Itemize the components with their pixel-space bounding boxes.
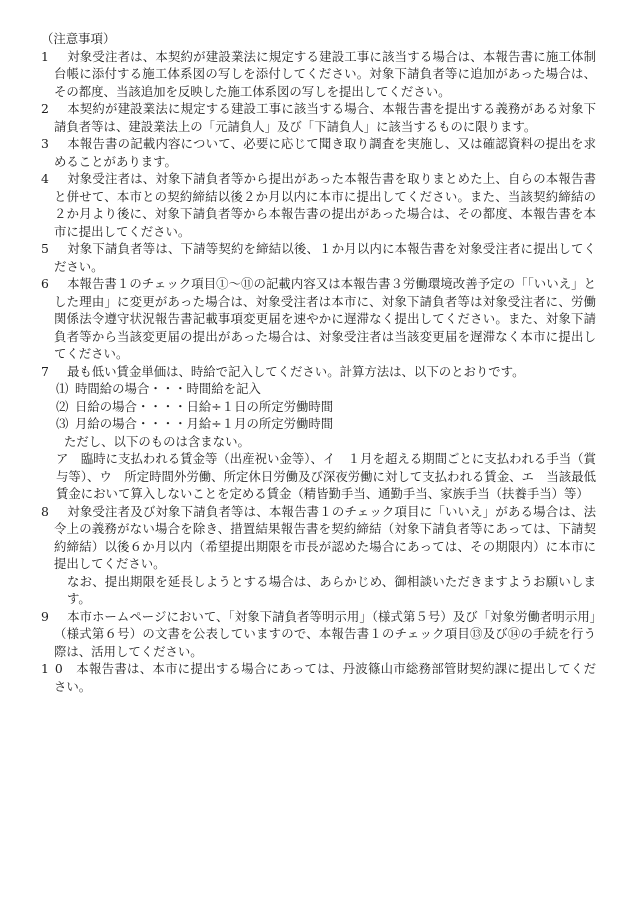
item-text: 本市ホームページにおいて、「対象下請負者等明示用」（様式第５号）及び「対象労働者… [54, 609, 596, 659]
item-2: 2本契約が建設業法に規定する建設工事に該当する場合、本報告書を提出する義務がある… [41, 100, 596, 135]
item-6: 6本報告書１のチェック項目①～⑪の記載内容又は本報告書３労働環境改善予定の「「い… [41, 275, 596, 363]
item-10: 10本報告書は、本市に提出する場合にあっては、丹波篠山市総務部管財契約課に提出し… [41, 660, 596, 695]
item-number: ⑴ [56, 380, 75, 398]
item-text: 対象下請負者等は、下請等契約を締結以後、１か月以内に本報告書を対象受注者に提出し… [54, 241, 596, 274]
item-1: 1対象受注者は、本契約が建設業法に規定する建設工事に該当する場合は、本報告書に施… [41, 48, 596, 101]
item-7-sub-3: ⑶月給の場合・・・・月給÷１月の所定労働時間 [41, 415, 596, 433]
item-7-proviso: ただし、以下のものは含まない。 [41, 433, 596, 451]
item-text: 対象受注者は、対象下請負者等から提出があった本報告書を取りまとめた上、自らの本報… [54, 171, 596, 239]
notes-document: （注意事項） 1対象受注者は、本契約が建設業法に規定する建設工事に該当する場合は… [41, 30, 596, 695]
item-7-sub-2: ⑵日給の場合・・・・日給÷１日の所定労働時間 [41, 398, 596, 416]
item-number: 2 [41, 100, 67, 118]
item-number: 3 [41, 135, 67, 153]
item-text: 対象受注者及び対象下請負者等は、本報告書１のチェック項目に「いいえ」がある場合は… [54, 504, 596, 572]
item-text: 月給の場合・・・・月給÷１月の所定労働時間 [75, 416, 333, 431]
item-text: 本報告書の記載内容について、必要に応じて聞き取り調査を実施し、又は確認資料の提出… [54, 136, 596, 169]
item-7-exclusions: ア 臨時に支払われる賃金等（出産祝い金等）、イ １月を超える期間ごとに支払われる… [41, 450, 596, 503]
item-text: ただし、以下のものは含まない。 [64, 434, 250, 449]
item-number: 4 [41, 170, 67, 188]
item-text: 本契約が建設業法に規定する建設工事に該当する場合、本報告書を提出する義務がある対… [54, 101, 596, 134]
item-text: 日給の場合・・・・日給÷１日の所定労働時間 [75, 399, 333, 414]
document-title: （注意事項） [41, 30, 596, 48]
item-number: 5 [41, 240, 67, 258]
item-3: 3本報告書の記載内容について、必要に応じて聞き取り調査を実施し、又は確認資料の提… [41, 135, 596, 170]
item-number: 6 [41, 275, 67, 293]
item-text: 最も低い賃金単価は、時給で記入してください。計算方法は、以下のとおりです。 [67, 364, 524, 379]
item-9: 9本市ホームページにおいて、「対象下請負者等明示用」（様式第５号）及び「対象労働… [41, 608, 596, 661]
item-4: 4対象受注者は、対象下請負者等から提出があった本報告書を取りまとめた上、自らの本… [41, 170, 596, 240]
item-5: 5対象下請負者等は、下請等契約を締結以後、１か月以内に本報告書を対象受注者に提出… [41, 240, 596, 275]
item-8-note: なお、提出期限を延長しようとする場合は、あらかじめ、御相談いただきますようお願い… [41, 573, 596, 608]
item-text: 本報告書は、本市に提出する場合にあっては、丹波篠山市総務部管財契約課に提出してく… [54, 661, 596, 694]
item-7: 7最も低い賃金単価は、時給で記入してください。計算方法は、以下のとおりです。 [41, 363, 596, 381]
item-number: 1 [41, 48, 67, 66]
item-number: 7 [41, 363, 67, 381]
item-text: ア 臨時に支払われる賃金等（出産祝い金等）、イ １月を超える期間ごとに支払われる… [56, 451, 596, 501]
item-number: ⑶ [56, 415, 75, 433]
notes-list: 1対象受注者は、本契約が建設業法に規定する建設工事に該当する場合は、本報告書に施… [41, 48, 596, 696]
item-8: 8対象受注者及び対象下請負者等は、本報告書１のチェック項目に「いいえ」がある場合… [41, 503, 596, 573]
item-number: 10 [41, 660, 76, 678]
document-page: （注意事項） 1対象受注者は、本契約が建設業法に規定する建設工事に該当する場合は… [0, 0, 630, 915]
item-number: ⑵ [56, 398, 75, 416]
item-7-sub-1: ⑴時間給の場合・・・時間給を記入 [41, 380, 596, 398]
item-text: なお、提出期限を延長しようとする場合は、あらかじめ、御相談いただきますようお願い… [67, 574, 596, 607]
item-number: 9 [41, 608, 67, 626]
item-text: 対象受注者は、本契約が建設業法に規定する建設工事に該当する場合は、本報告書に施工… [54, 49, 596, 99]
item-text: 時間給の場合・・・時間給を記入 [75, 381, 261, 396]
item-number: 8 [41, 503, 67, 521]
item-text: 本報告書１のチェック項目①～⑪の記載内容又は本報告書３労働環境改善予定の「「いい… [54, 276, 596, 361]
